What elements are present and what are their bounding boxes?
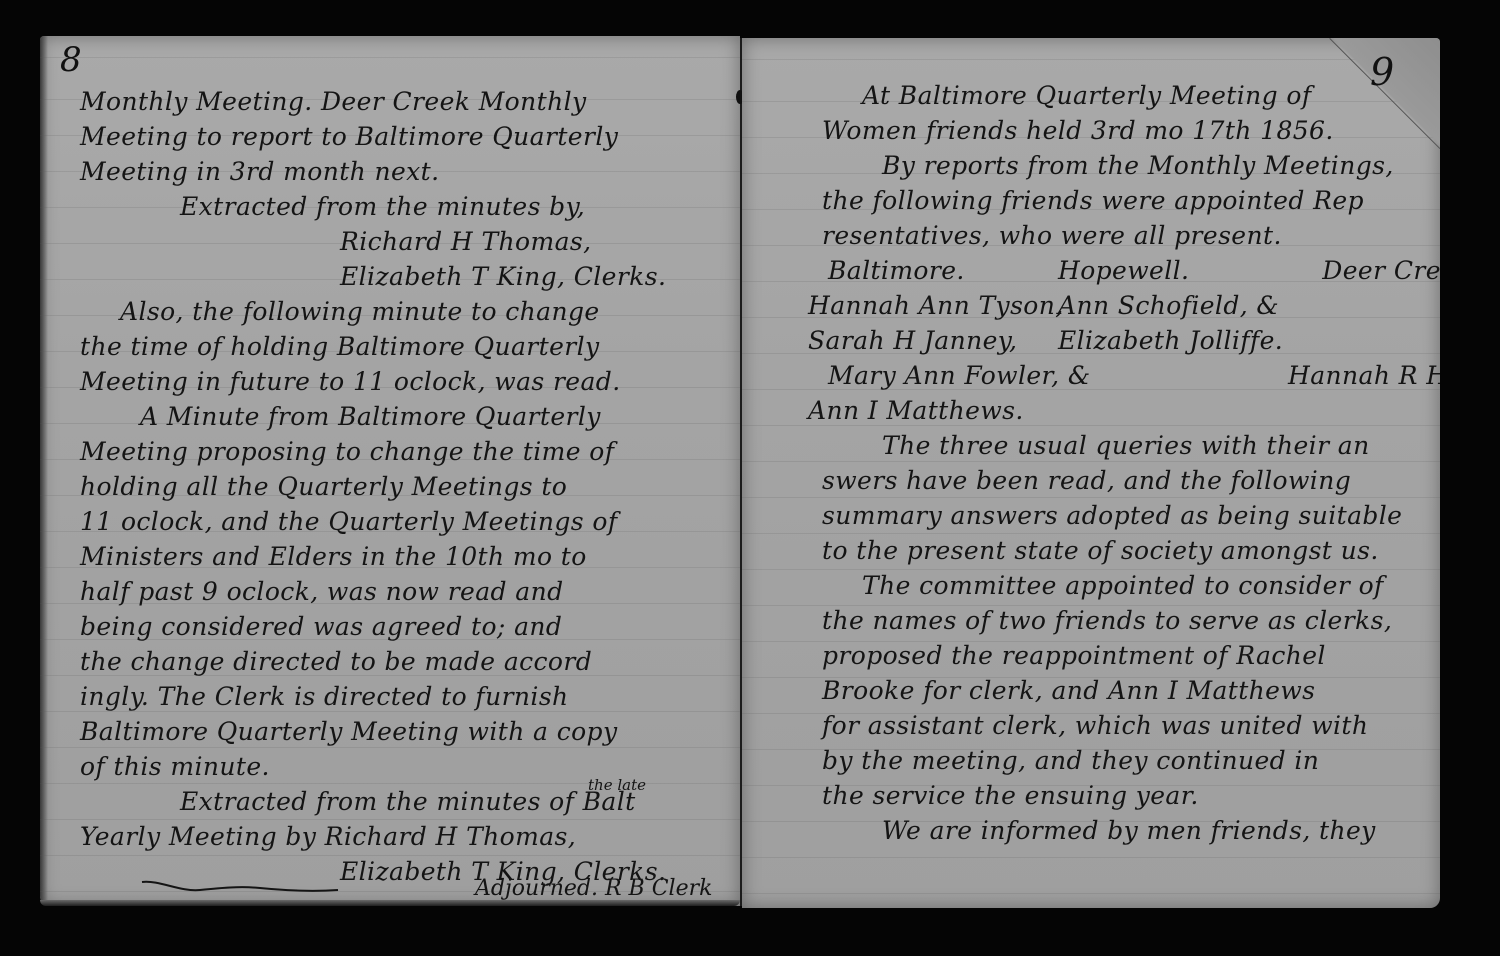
text-line: the time of holding Baltimore Quarterly [80, 329, 720, 364]
representative-name: Ann Schofield, & [1058, 288, 1288, 323]
representative-name [1058, 393, 1288, 428]
text-line: Monthly Meeting. Deer Creek Monthly [80, 84, 720, 119]
text-line: The committee appointed to consider of [822, 568, 1430, 603]
representative-name [1288, 288, 1440, 323]
representative-name: Hannah Ann Tyson, [808, 288, 1058, 323]
text-line: the names of two friends to serve as cle… [822, 603, 1430, 638]
representative-name: Ann I Matthews. [808, 393, 1058, 428]
representative-name: Sarah H Janney, [808, 323, 1058, 358]
text-line: Baltimore Quarterly Meeting with a copy [80, 714, 720, 749]
text-line: summary answers adopted as being suitabl… [822, 498, 1430, 533]
text-line: By reports from the Monthly Meetings, [822, 148, 1430, 183]
adjourned-note: Adjourned. R B Clerk [475, 876, 712, 901]
text-line: Meeting in 3rd month next. [80, 154, 720, 189]
text-line: Also, the following minute to change [80, 294, 720, 329]
right-page: 9 At Baltimore Quarterly Meeting of Wome… [742, 38, 1440, 908]
text-line: Meeting in future to 11 oclock, was read… [80, 364, 720, 399]
column-header-baltimore: Baltimore. [808, 253, 1058, 288]
right-page-text: At Baltimore Quarterly Meeting of Women … [822, 78, 1430, 848]
text-line: Extracted from the minutes by, [80, 189, 720, 224]
left-page: 8 Monthly Meeting. Deer Creek Monthly Me… [40, 36, 740, 906]
text-line: A Minute from Baltimore Quarterly [80, 399, 720, 434]
text-line: Meeting to report to Baltimore Quarterly [80, 119, 720, 154]
text-line: The three usual queries with their an [822, 428, 1430, 463]
representative-name [1058, 358, 1288, 393]
text-line: Brooke for clerk, and Ann I Matthews [822, 673, 1430, 708]
text-line: the change directed to be made accord [80, 644, 720, 679]
page-number-left: 8 [60, 40, 82, 80]
heading-line: At Baltimore Quarterly Meeting of [822, 78, 1430, 113]
representative-name: Mary Ann Fowler, & [808, 358, 1058, 393]
text-line: holding all the Quarterly Meetings to [80, 469, 720, 504]
manuscript-scan: 8 Monthly Meeting. Deer Creek Monthly Me… [0, 0, 1500, 956]
signature-line: Richard H Thomas, [80, 224, 720, 259]
representative-name: Elizabeth Jolliffe. [1058, 323, 1288, 358]
representative-name [1288, 393, 1440, 428]
flourish-line-icon [140, 876, 340, 896]
text-line: resentatives, who were all present. [822, 218, 1430, 253]
text-line: ingly. The Clerk is directed to furnish [80, 679, 720, 714]
column-header-hopewell: Hopewell. [1058, 253, 1288, 288]
text-line: by the meeting, and they continued in [822, 743, 1430, 778]
text-line: the following friends were appointed Rep [822, 183, 1430, 218]
text-line: 11 oclock, and the Quarterly Meetings of [80, 504, 720, 539]
column-header-deer-creek: Deer Creek. [1288, 253, 1440, 288]
left-page-text: Monthly Meeting. Deer Creek Monthly Meet… [80, 84, 720, 889]
representative-name [1288, 323, 1440, 358]
text-line: We are informed by men friends, they [822, 813, 1430, 848]
representatives-table: Baltimore. Hopewell. Deer Creek. Hannah … [808, 253, 1430, 428]
text-line: the service the ensuing year. [822, 778, 1430, 813]
heading-line: Women friends held 3rd mo 17th 1856. [822, 113, 1430, 148]
text-line: Ministers and Elders in the 10th mo to [80, 539, 720, 574]
interlinear-note: the late [588, 776, 646, 794]
page-edge [40, 900, 740, 906]
text-line: half past 9 oclock, was now read and [80, 574, 720, 609]
text-line: to the present state of society amongst … [822, 533, 1430, 568]
text-line: swers have been read, and the following [822, 463, 1430, 498]
signature-line: Elizabeth T King, Clerks. [80, 259, 720, 294]
representative-name: Hannah R Hopkins [1288, 358, 1440, 393]
text-line: proposed the reappointment of Rachel [822, 638, 1430, 673]
text-line: Yearly Meeting by Richard H Thomas, [80, 819, 720, 854]
text-line: being considered was agreed to; and [80, 609, 720, 644]
text-line: Meeting proposing to change the time of [80, 434, 720, 469]
text-line: for assistant clerk, which was united wi… [822, 708, 1430, 743]
